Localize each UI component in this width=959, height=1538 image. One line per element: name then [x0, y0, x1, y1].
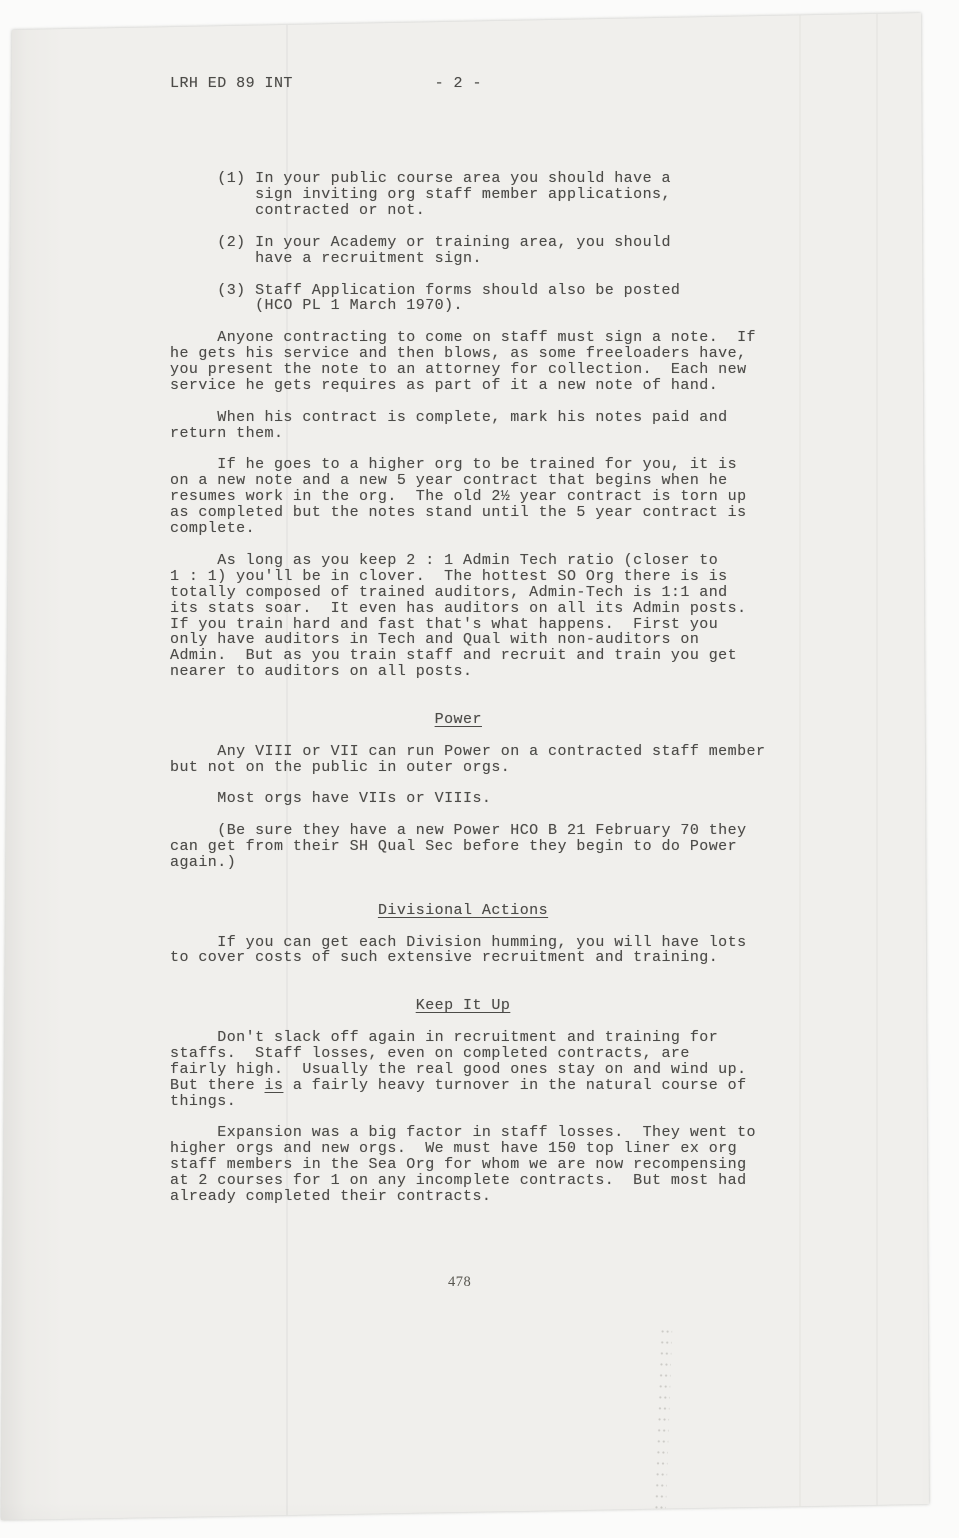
paragraph: When his contract is complete, mark his …: [170, 410, 830, 442]
scan-background: LRH ED 89 INT - 2 - (1) In your public c…: [0, 0, 959, 1538]
text-line: fairly high. Usually the real good ones …: [170, 1062, 830, 1078]
section-heading: Divisional Actions: [170, 903, 830, 919]
text-line: you present the note to an attorney for …: [170, 362, 830, 378]
scanned-page: LRH ED 89 INT - 2 - (1) In your public c…: [0, 0, 959, 1538]
underlined-text: Power: [435, 711, 482, 728]
text-line: return them.: [170, 426, 830, 442]
text-line: its stats soar. It even has auditors on …: [170, 601, 830, 617]
text-line: nearer to auditors on all posts.: [170, 664, 830, 680]
underlined-text: is: [265, 1077, 284, 1094]
text-line: to cover costs of such extensive recruit…: [170, 950, 830, 966]
paragraph: Any VIII or VII can run Power on a contr…: [170, 744, 830, 776]
text-line: but not on the public in outer orgs.: [170, 760, 830, 776]
typed-text: LRH ED 89 INT - 2 - (1) In your public c…: [170, 44, 830, 1237]
list-item: (3) Staff Application forms should also …: [170, 283, 830, 315]
header-page-indicator: - 2 -: [435, 75, 482, 92]
paragraph: Expansion was a big factor in staff loss…: [170, 1125, 830, 1205]
text-line: (HCO PL 1 March 1970).: [170, 298, 830, 314]
text-line: staffs. Staff losses, even on completed …: [170, 1046, 830, 1062]
paragraph: Most orgs have VIIs or VIIIs.: [170, 791, 830, 807]
document-header: LRH ED 89 INT - 2 -: [170, 76, 830, 92]
section-heading: Keep It Up: [170, 998, 830, 1014]
scan-speckle-artifact: [654, 1326, 673, 1516]
document-body: (1) In your public course area you shoul…: [170, 171, 830, 1205]
page-number: 478: [448, 1274, 471, 1291]
text-line: he gets his service and then blows, as s…: [170, 346, 830, 362]
text-line: service he gets requires as part of it a…: [170, 378, 830, 394]
underlined-text: Divisional Actions: [378, 902, 548, 919]
header-issue-label: LRH ED 89 INT: [170, 75, 293, 92]
text-line: have a recruitment sign.: [170, 251, 830, 267]
underlined-text: Keep It Up: [416, 997, 511, 1014]
paragraph: If he goes to a higher org to be trained…: [170, 457, 830, 537]
paragraph: Don't slack off again in recruitment and…: [170, 1030, 830, 1110]
text-line: sign inviting org staff member applicati…: [170, 187, 830, 203]
paragraph: If you can get each Division humming, yo…: [170, 935, 830, 967]
text-line: things.: [170, 1094, 830, 1110]
text-line: (2) In your Academy or training area, yo…: [170, 235, 830, 251]
text-line: on a new note and a new 5 year contract …: [170, 473, 830, 489]
text-line: staff members in the Sea Org for whom we…: [170, 1157, 830, 1173]
text-line: (Be sure they have a new Power HCO B 21 …: [170, 823, 830, 839]
text-line: 1 : 1) you'll be in clover. The hottest …: [170, 569, 830, 585]
text-line: totally composed of trained auditors, Ad…: [170, 585, 830, 601]
paragraph: (Be sure they have a new Power HCO B 21 …: [170, 823, 830, 871]
text-line: Any VIII or VII can run Power on a contr…: [170, 744, 830, 760]
list-item: (2) In your Academy or training area, yo…: [170, 235, 830, 267]
text-line: only have auditors in Tech and Qual with…: [170, 632, 830, 648]
paper-fold-line: [876, 0, 878, 1538]
paragraph: As long as you keep 2 : 1 Admin Tech rat…: [170, 553, 830, 680]
section-heading: Power: [170, 712, 830, 728]
text-line: Anyone contracting to come on staff must…: [170, 330, 830, 346]
text-line: If you train hard and fast that's what h…: [170, 617, 830, 633]
text-line: again.): [170, 855, 830, 871]
text-line: Power: [170, 712, 830, 728]
text-line: Don't slack off again in recruitment and…: [170, 1030, 830, 1046]
text-line: When his contract is complete, mark his …: [170, 410, 830, 426]
text-line: (3) Staff Application forms should also …: [170, 283, 830, 299]
text-line: If you can get each Division humming, yo…: [170, 935, 830, 951]
text-line: can get from their SH Qual Sec before th…: [170, 839, 830, 855]
list-item: (1) In your public course area you shoul…: [170, 171, 830, 219]
text-line: Keep It Up: [170, 998, 830, 1014]
text-line: Expansion was a big factor in staff loss…: [170, 1125, 830, 1141]
text-line: As long as you keep 2 : 1 Admin Tech rat…: [170, 553, 830, 569]
text-line: But there is a fairly heavy turnover in …: [170, 1078, 830, 1094]
text-line: If he goes to a higher org to be trained…: [170, 457, 830, 473]
text-line: resumes work in the org. The old 2½ year…: [170, 489, 830, 505]
text-line: higher orgs and new orgs. We must have 1…: [170, 1141, 830, 1157]
text-line: already completed their contracts.: [170, 1189, 830, 1205]
text-line: at 2 courses for 1 on any incomplete con…: [170, 1173, 830, 1189]
text-line: contracted or not.: [170, 203, 830, 219]
text-line: Admin. But as you train staff and recrui…: [170, 648, 830, 664]
text-line: (1) In your public course area you shoul…: [170, 171, 830, 187]
paragraph: Anyone contracting to come on staff must…: [170, 330, 830, 394]
text-line: as completed but the notes stand until t…: [170, 505, 830, 521]
text-line: complete.: [170, 521, 830, 537]
text-line: Most orgs have VIIs or VIIIs.: [170, 791, 830, 807]
text-line: Divisional Actions: [170, 903, 830, 919]
header-gap: [293, 75, 435, 92]
